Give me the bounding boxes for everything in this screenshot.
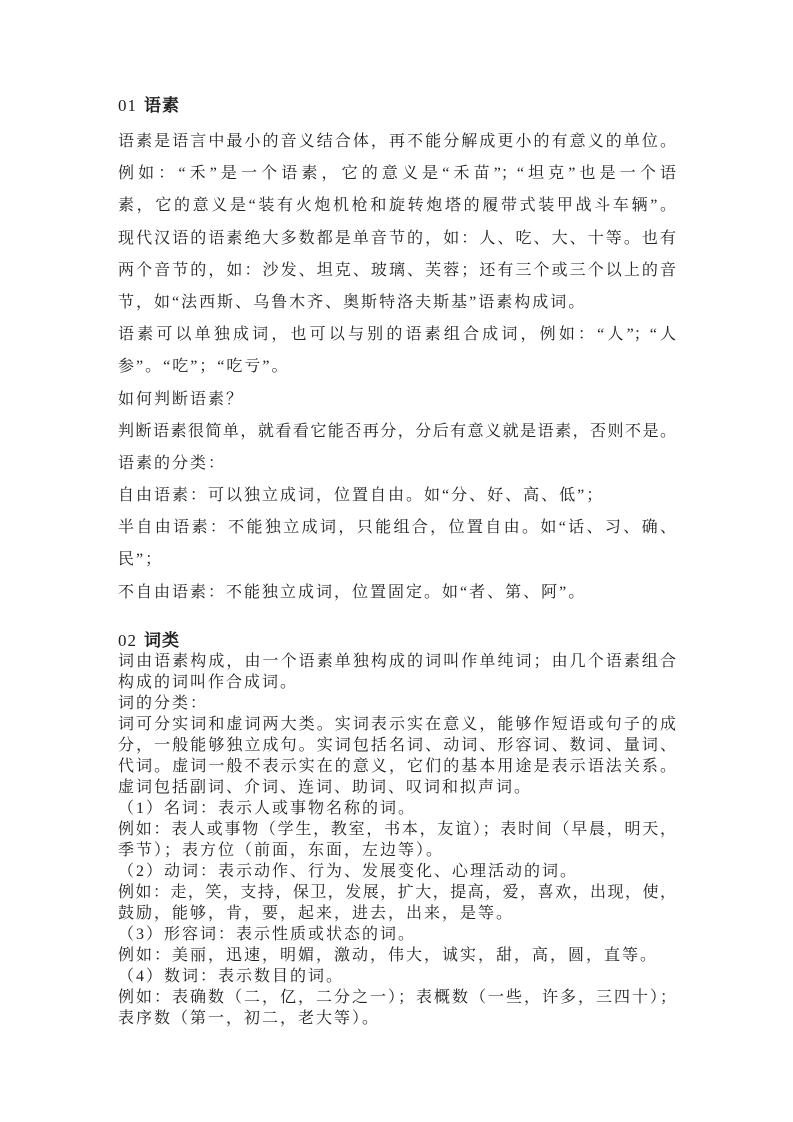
text-line: 例如：表人或事物（学生，教室，书本，友谊）；表时间（早晨，明天， [118,819,676,840]
section-02-title: 词类 [144,631,180,650]
text-line: 判断语素很简单，就看看它能否再分，分后有意义就是语素，否则不是。 [118,416,676,448]
text-line: 例如：“禾”是一个语素，它的意义是“禾苗”；“坦克”也是一个语 [118,158,676,190]
text-line: 例如：美丽，迅速，明媚，激动，伟大，诚实，甜，高，圆，直等。 [118,945,676,966]
text-line: 民”； [118,544,676,576]
text-line: 鼓励，能够，肯，要，起来，进去，出来，是等。 [118,903,676,924]
text-line: 代词。虚词一般不表示实在的意义，它们的基本用途是表示语法关系。 [118,756,676,777]
text-line: 自由语素：可以独立成词，位置自由。如“分、好、高、低”； [118,480,676,512]
document-page: 01语素 语素是语言中最小的音义结合体，再不能分解成更小的有意义的单位。 例如：… [0,0,793,1122]
section-02-heading: 02词类 [118,629,676,653]
text-line: 参”。“吃”；“吃亏”。 [118,351,676,383]
text-line: 两个音节的，如：沙发、坦克、玻璃、芙蓉；还有三个或三个以上的音 [118,255,676,287]
text-line: （1）名词：表示人或事物名称的词。 [118,798,676,819]
text-line: 例如：走，笑，支持，保卫，发展，扩大，提高，爱，喜欢，出现，使， [118,882,676,903]
text-line: （3）形容词：表示性质或状态的词。 [118,924,676,945]
text-line: 素，它的意义是“装有火炮机枪和旋转炮塔的履带式装甲战斗车辆”。 [118,190,676,222]
text-line: 表序数（第一，初二，老大等）。 [118,1008,676,1029]
text-line: 构成的词叫作合成词。 [118,672,676,693]
text-line: 词的分类： [118,693,676,714]
text-line: 如何判断语素？ [118,384,676,416]
text-line: 语素可以单独成词，也可以与别的语素组合成词，例如：“人”；“人 [118,319,676,351]
section-02-number: 02 [118,631,137,650]
text-line: （2）动词：表示动作、行为、发展变化、心理活动的词。 [118,861,676,882]
section-01-number: 01 [118,96,137,115]
text-line: 词由语素构成，由一个语素单独构成的词叫作单纯词；由几个语素组合 [118,651,676,672]
text-line: 半自由语素：不能独立成词，只能组合，位置自由。如“话、习、确、 [118,512,676,544]
text-line: 词可分实词和虚词两大类。实词表示实在意义，能够作短语或句子的成 [118,714,676,735]
section-01-title: 语素 [144,96,180,115]
section-01-heading: 01语素 [118,94,676,118]
text-line: 分，一般能够独立成句。实词包括名词、动词、形容词、数词、量词、 [118,735,676,756]
section-02-body: 词由语素构成，由一个语素单独构成的词叫作单纯词；由几个语素组合 构成的词叫作合成… [118,651,676,1029]
text-line: 不自由语素：不能独立成词，位置固定。如“者、第、阿”。 [118,577,676,609]
text-line: 季节）；表方位（前面，东面，左边等）。 [118,840,676,861]
section-01-body: 语素是语言中最小的音义结合体，再不能分解成更小的有意义的单位。 例如：“禾”是一… [118,126,676,609]
text-line: （4）数词：表示数目的词。 [118,966,676,987]
text-line: 例如：表确数（二，亿，二分之一）；表概数（一些，许多，三四十）； [118,987,676,1008]
text-line: 语素的分类： [118,448,676,480]
text-line: 节，如“法西斯、乌鲁木齐、奥斯特洛夫斯基”语素构成词。 [118,287,676,319]
text-line: 语素是语言中最小的音义结合体，再不能分解成更小的有意义的单位。 [118,126,676,158]
text-line: 虚词包括副词、介词、连词、助词、叹词和拟声词。 [118,777,676,798]
text-line: 现代汉语的语素绝大多数都是单音节的，如：人、吃、大、十等。也有 [118,223,676,255]
